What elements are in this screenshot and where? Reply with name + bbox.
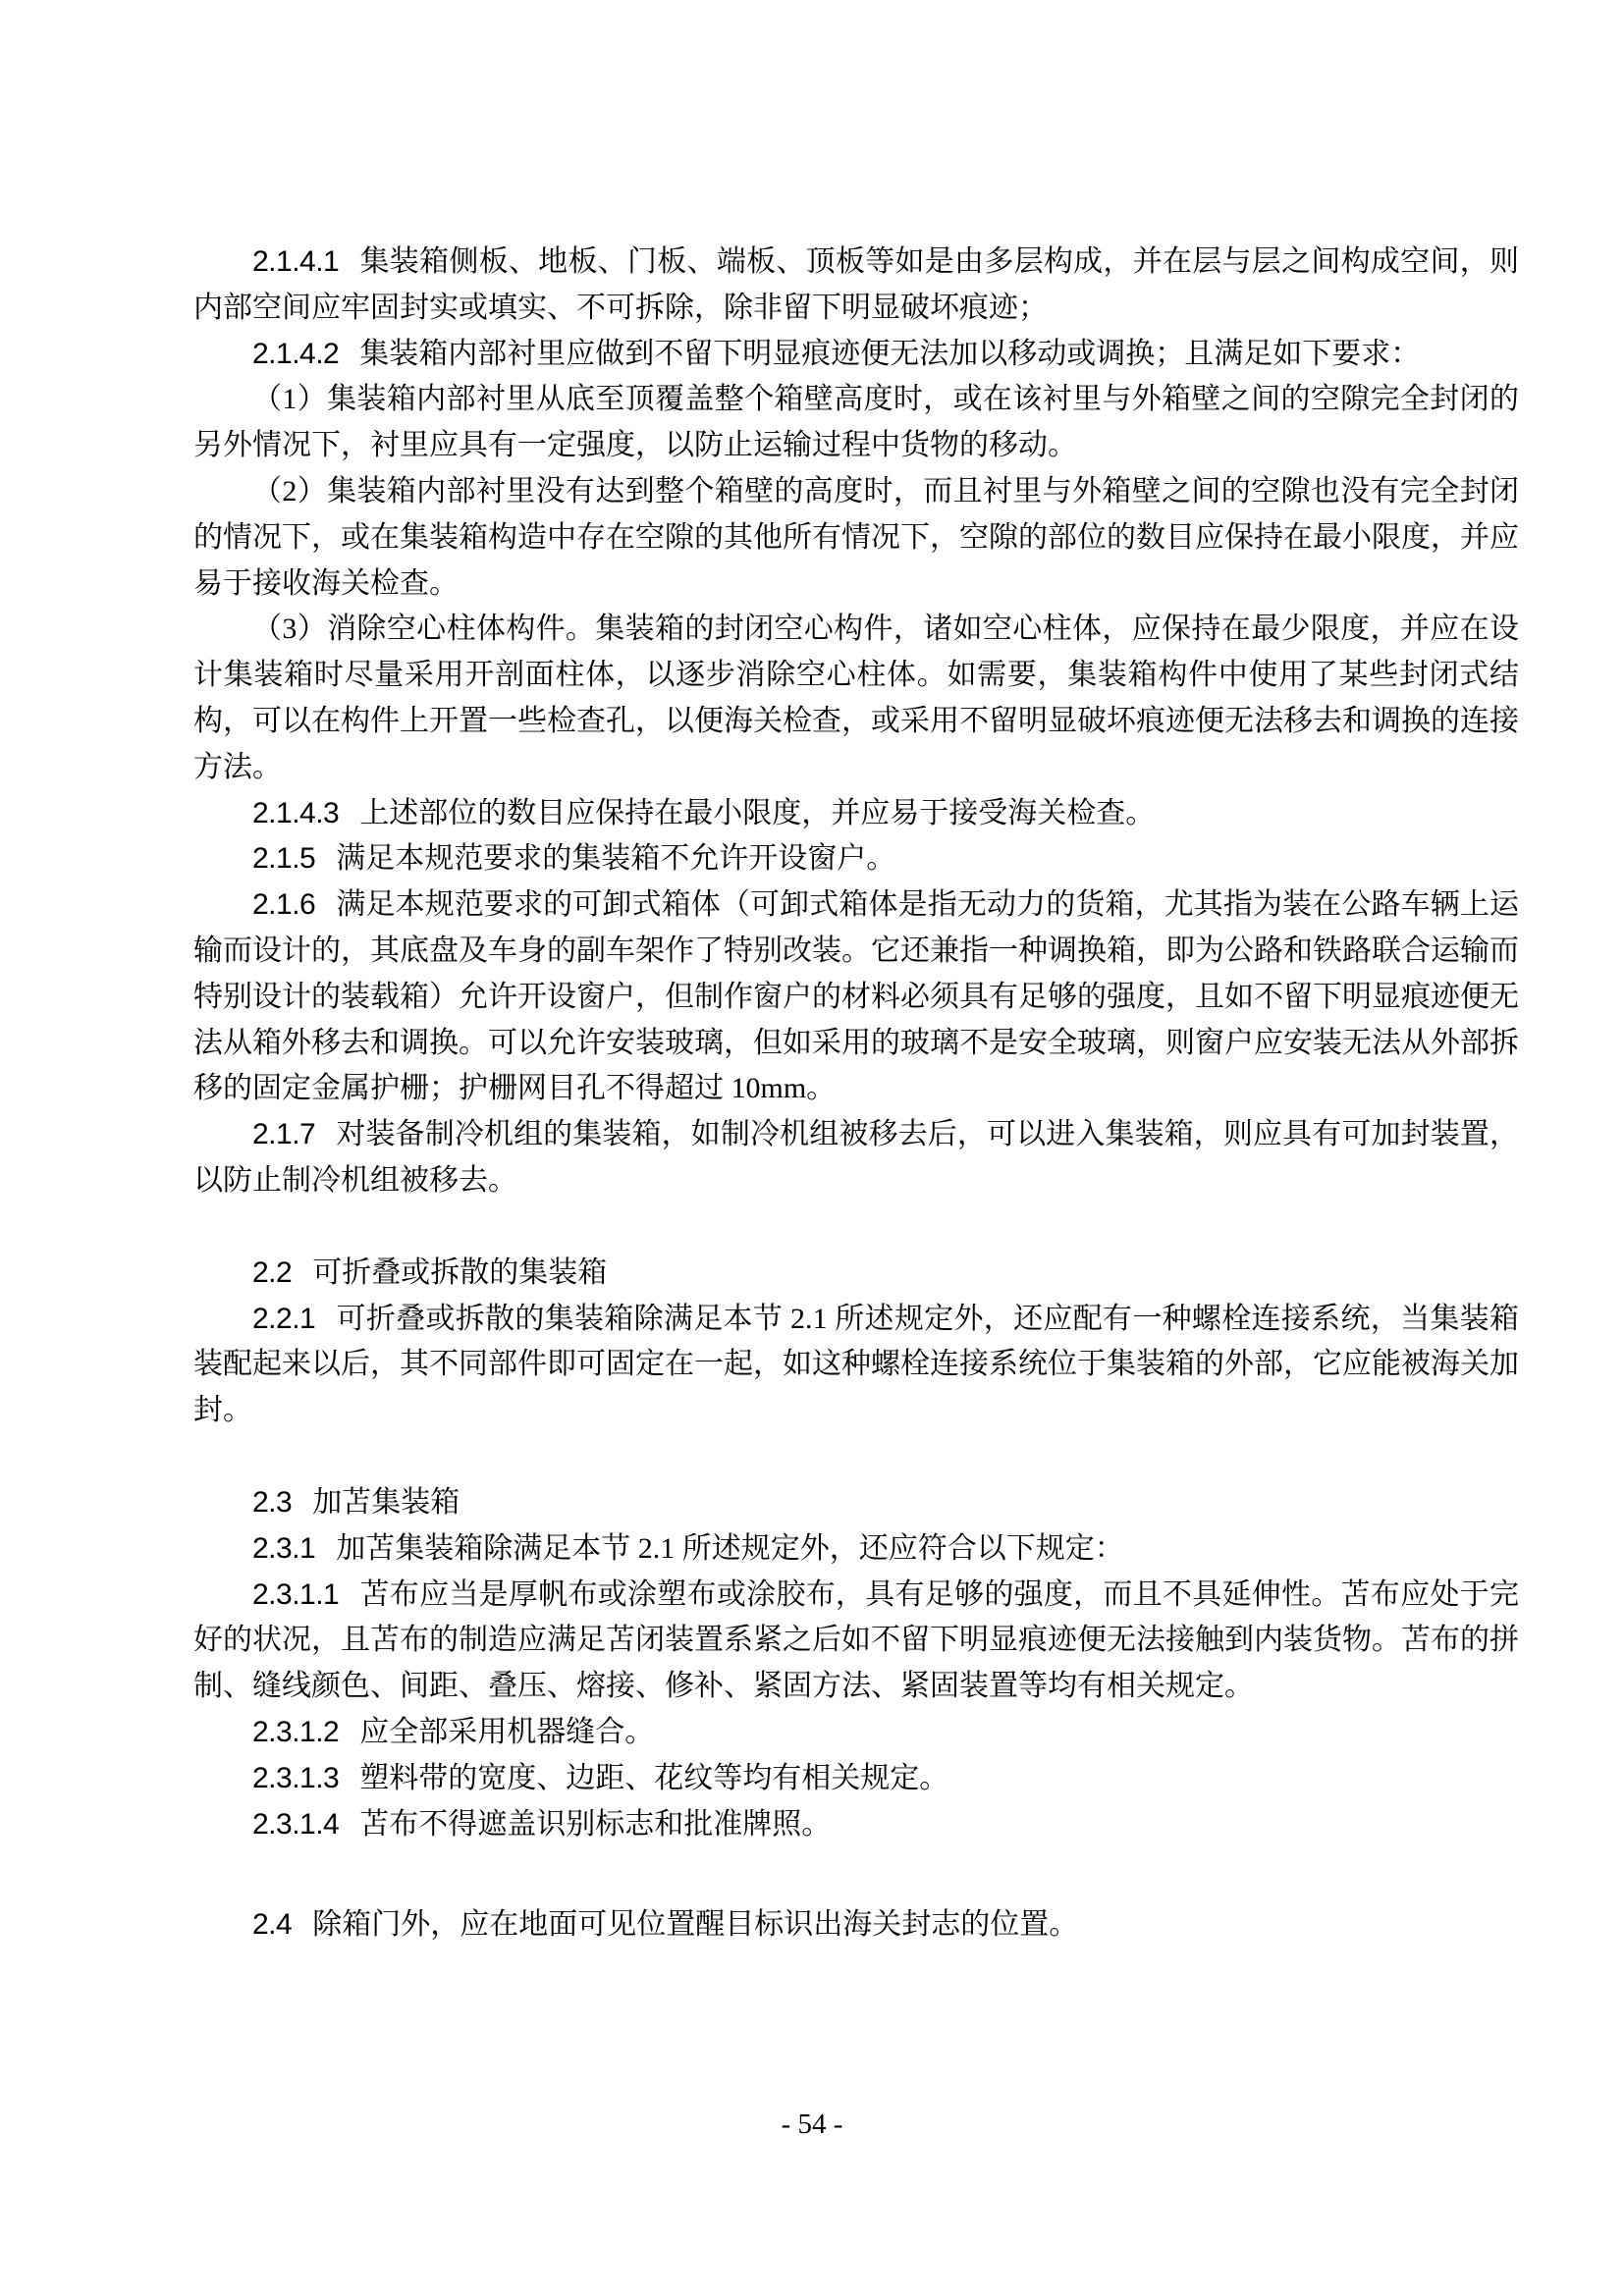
paragraph-text: 除箱门外，应在地面可见位置醒目标识出海关封志的位置。 <box>312 1908 1078 1941</box>
paragraph-text: 集装箱侧板、地板、门板、端板、顶板等如是由多层构成，并在层与层之间构成空间，则内… <box>193 245 1519 324</box>
section-number: 2.3 <box>252 1486 292 1519</box>
paragraph-2-4: 2.4除箱门外，应在地面可见位置醒目标识出海关封志的位置。 <box>193 1902 1519 1949</box>
paragraph-2-3-1-2: 2.3.1.2应全部采用机器缝合。 <box>193 1710 1519 1756</box>
section-number: 2.3.1.3 <box>252 1762 339 1794</box>
paragraph-text: 对装备制冷机组的集装箱，如制冷机组被移去后，可以进入集装箱，则应具有可加封装置，… <box>193 1118 1519 1197</box>
heading-text: 加苫集装箱 <box>312 1486 460 1519</box>
paragraph-item-2: （2）集装箱内部衬里没有达到整个箱壁的高度时，而且衬里与外箱壁之间的空隙也没有完… <box>193 469 1519 607</box>
section-number: 2.1.4.1 <box>252 245 339 278</box>
paragraph-2-3-1-3: 2.3.1.3塑料带的宽度、边距、花纹等均有相关规定。 <box>193 1756 1519 1802</box>
section-number: 2.4 <box>252 1908 292 1941</box>
section-number: 2.2.1 <box>252 1303 315 1335</box>
paragraph-2-3-1: 2.3.1加苫集装箱除满足本节 2.1 所述规定外，还应符合以下规定： <box>193 1526 1519 1573</box>
paragraph-2-3-1-1: 2.3.1.1苫布应当是厚帆布或涂塑布或涂胶布，具有足够的强度，而且不具延伸性。… <box>193 1573 1519 1710</box>
section-number: 2.2 <box>252 1256 292 1289</box>
paragraph-text: 集装箱内部衬里应做到不留下明显痕迹便无法加以移动或调换；且满足如下要求： <box>359 338 1420 370</box>
paragraph-text: （3）消除空心柱体构件。集装箱的封闭空心构件，诸如空心柱体，应保持在最少限度，并… <box>193 613 1519 782</box>
document-body: 2.1.4.1集装箱侧板、地板、门板、端板、顶板等如是由多层构成，并在层与层之间… <box>193 240 1519 1949</box>
paragraph-text: 应全部采用机器缝合。 <box>359 1716 654 1748</box>
section-number: 2.1.4.3 <box>252 797 339 829</box>
paragraph-text: 加苫集装箱除满足本节 2.1 所述规定外，还应符合以下规定： <box>336 1532 1124 1565</box>
paragraph-text: 苫布不得遮盖识别标志和批准牌照。 <box>359 1808 831 1841</box>
paragraph-2-1-7: 2.1.7对装备制冷机组的集装箱，如制冷机组被移去后，可以进入集装箱，则应具有可… <box>193 1112 1519 1204</box>
paragraph-text: （1）集装箱内部衬里从底至顶覆盖整个箱壁高度时，或在该衬里与外箱壁之间的空隙完全… <box>193 383 1519 461</box>
paragraph-2-1-4-1: 2.1.4.1集装箱侧板、地板、门板、端板、顶板等如是由多层构成，并在层与层之间… <box>193 240 1519 332</box>
paragraph-item-3: （3）消除空心柱体构件。集装箱的封闭空心构件，诸如空心柱体，应保持在最少限度，并… <box>193 607 1519 790</box>
section-number: 2.3.1.4 <box>252 1808 339 1841</box>
paragraph-text: 塑料带的宽度、边距、花纹等均有相关规定。 <box>359 1762 948 1794</box>
paragraph-2-1-6: 2.1.6满足本规范要求的可卸式箱体（可卸式箱体是指无动力的货箱，尤其指为装在公… <box>193 882 1519 1112</box>
section-heading-2-2: 2.2可折叠或拆散的集装箱 <box>193 1251 1519 1297</box>
section-number: 2.3.1.1 <box>252 1578 339 1611</box>
paragraph-text: 满足本规范要求的可卸式箱体（可卸式箱体是指无动力的货箱，尤其指为装在公路车辆上运… <box>193 888 1519 1104</box>
paragraph-text: 上述部位的数目应保持在最小限度，并应易于接受海关检查。 <box>359 797 1155 829</box>
page-number: - 54 - <box>782 2109 843 2140</box>
paragraph-text: 满足本规范要求的集装箱不允许开设窗户。 <box>336 842 895 875</box>
paragraph-text: （2）集装箱内部衬里没有达到整个箱壁的高度时，而且衬里与外箱壁之间的空隙也没有完… <box>193 475 1519 600</box>
paragraph-2-1-4-2: 2.1.4.2集装箱内部衬里应做到不留下明显痕迹便无法加以移动或调换；且满足如下… <box>193 332 1519 378</box>
paragraph-2-1-4-3: 2.1.4.3上述部位的数目应保持在最小限度，并应易于接受海关检查。 <box>193 791 1519 837</box>
document-page: 2.1.4.1集装箱侧板、地板、门板、端板、顶板等如是由多层构成，并在层与层之间… <box>0 0 1624 2296</box>
heading-text: 可折叠或拆散的集装箱 <box>312 1256 607 1289</box>
section-number: 2.1.5 <box>252 842 315 875</box>
page-footer: - 54 - <box>0 2109 1624 2141</box>
paragraph-2-2-1: 2.2.1可折叠或拆散的集装箱除满足本节 2.1 所述规定外，还应配有一种螺栓连… <box>193 1297 1519 1434</box>
section-number: 2.3.1 <box>252 1532 315 1565</box>
section-heading-2-3: 2.3加苫集装箱 <box>193 1480 1519 1526</box>
paragraph-text: 可折叠或拆散的集装箱除满足本节 2.1 所述规定外，还应配有一种螺栓连接系统，当… <box>193 1303 1519 1427</box>
section-number: 2.1.6 <box>252 888 315 921</box>
section-number: 2.1.7 <box>252 1118 315 1150</box>
paragraph-2-1-5: 2.1.5满足本规范要求的集装箱不允许开设窗户。 <box>193 836 1519 882</box>
section-number: 2.3.1.2 <box>252 1716 339 1748</box>
section-number: 2.1.4.2 <box>252 338 339 370</box>
paragraph-2-3-1-4: 2.3.1.4苫布不得遮盖识别标志和批准牌照。 <box>193 1802 1519 1848</box>
paragraph-item-1: （1）集装箱内部衬里从底至顶覆盖整个箱壁高度时，或在该衬里与外箱壁之间的空隙完全… <box>193 377 1519 469</box>
paragraph-text: 苫布应当是厚帆布或涂塑布或涂胶布，具有足够的强度，而且不具延伸性。苫布应处于完好… <box>193 1578 1519 1703</box>
